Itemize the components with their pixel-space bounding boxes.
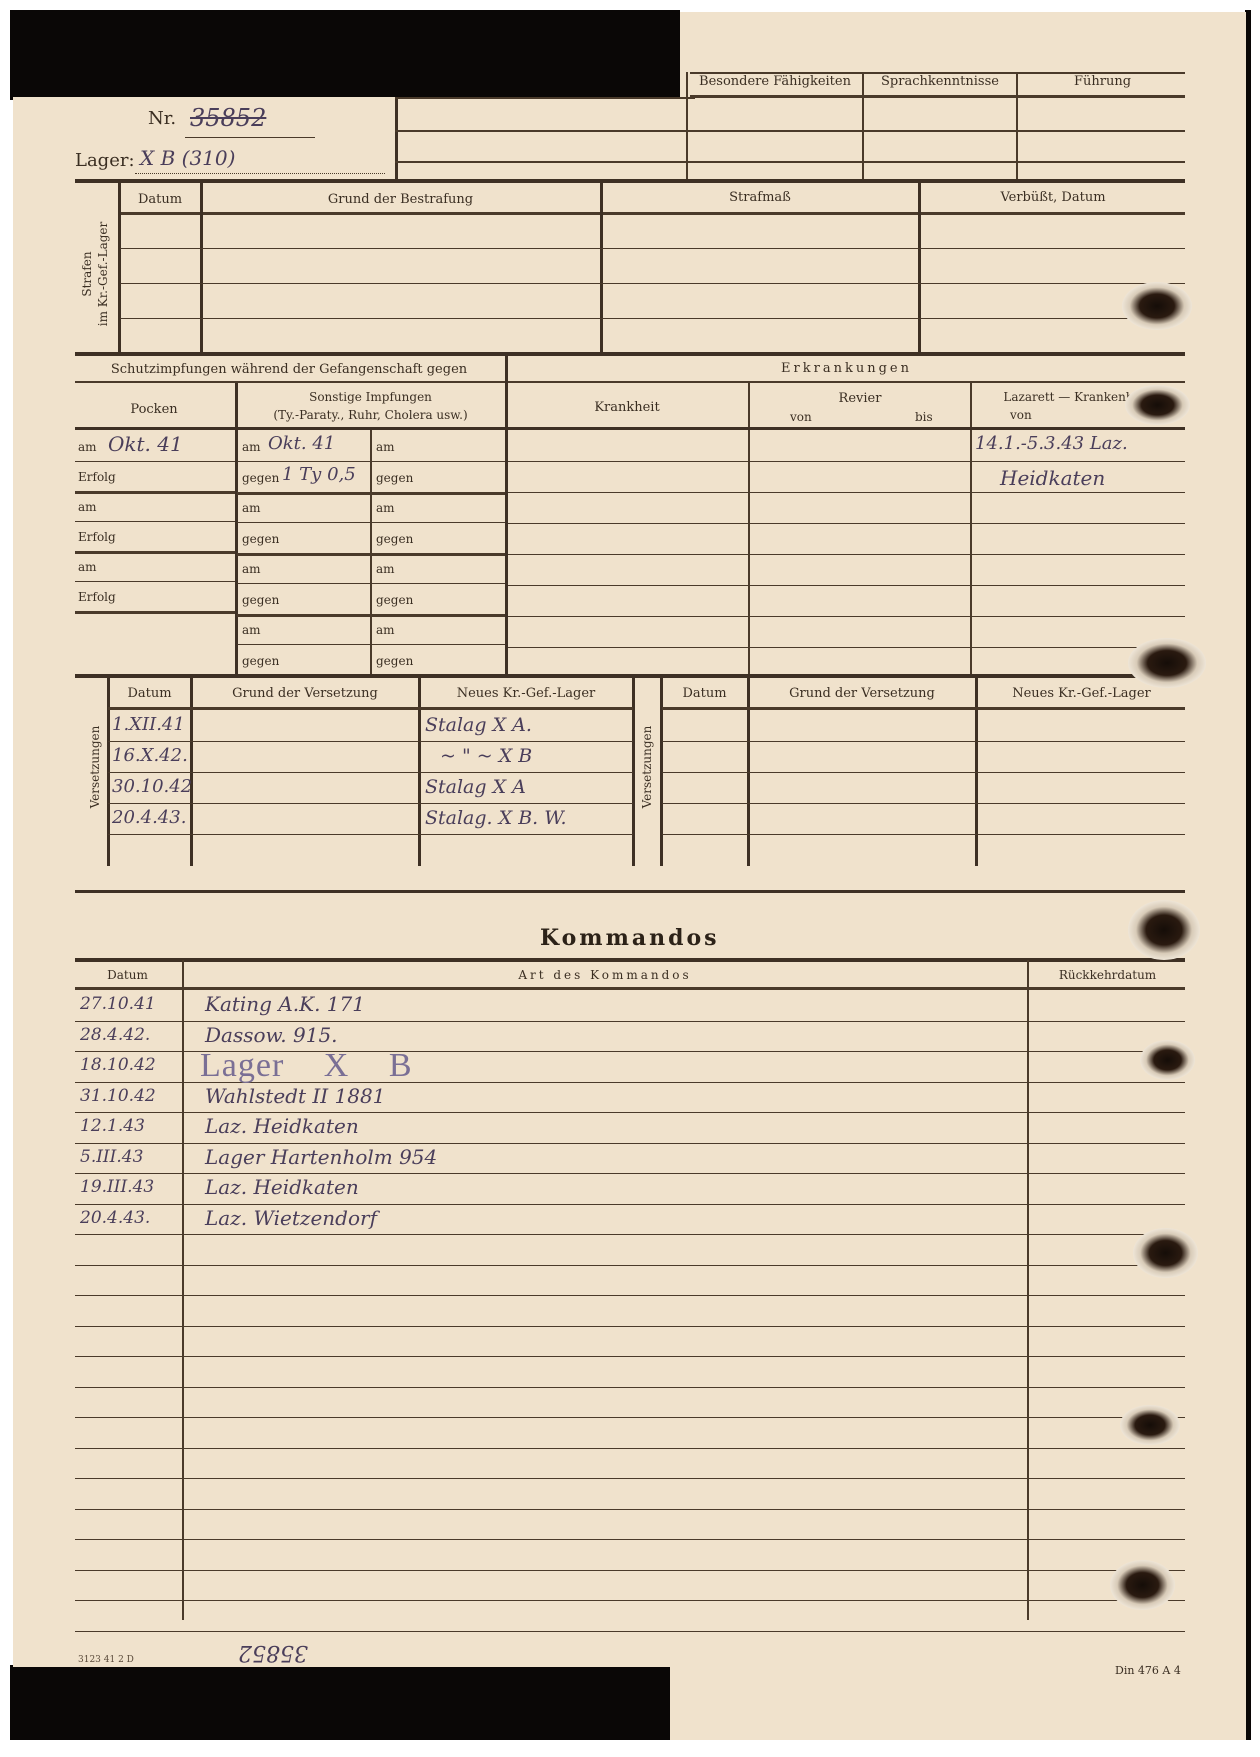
strafen-col-divider (918, 181, 921, 353)
kommandos-row-datum: 28.4.42. (80, 1025, 150, 1045)
pocken-row-label: am (78, 560, 97, 574)
din-label: Din 476 A 4 (1115, 1664, 1181, 1677)
erkr-title-rule (508, 381, 1185, 383)
versetz-col-lager: Neues Kr.-Gef.-Lager (421, 686, 631, 701)
versetz-col-grund: Grund der Versetzung (193, 686, 417, 701)
lager-value: X B (310) (140, 146, 235, 170)
versetz-col-grund-right: Grund der Versetzung (750, 686, 974, 701)
kommandos-row-stamp: Lager X B (200, 1047, 413, 1085)
kommandos-row-art: Kating A.K. 171 (205, 992, 365, 1016)
sonstige-row-line (237, 644, 505, 645)
erkr-row-line (508, 616, 1185, 617)
impf-top-rule (75, 352, 1185, 356)
sonstige-row-label-a: am (242, 440, 261, 454)
erkrankungen-title: Erkrankungen (508, 361, 1185, 376)
strafen-side-label-1: Strafen (80, 251, 94, 296)
strafen-header-rule (118, 212, 1185, 215)
kommandos-col-divider (182, 960, 184, 1620)
lager-label: Lager: (75, 150, 135, 171)
kommandos-row-line (75, 1600, 1185, 1601)
versetz-divider (107, 676, 110, 866)
strafen-row-line (120, 283, 1185, 284)
versetz-row-line (108, 741, 633, 742)
top-col-divider (686, 72, 688, 180)
card-paper-main (13, 97, 683, 1667)
col-sprachkenntnisse: Sprachkenntnisse (865, 74, 1015, 89)
kommandos-row-line (75, 1570, 1185, 1571)
sonstige-header-2: (Ty.-Paraty., Ruhr, Cholera usw.) (238, 408, 503, 422)
header-rule (395, 97, 695, 99)
pocken-row-line (75, 461, 235, 462)
strafen-col-datum: Datum (121, 192, 199, 207)
sonstige-row-line (237, 461, 505, 462)
kommandos-row-datum: 31.10.42 (80, 1086, 156, 1106)
kommandos-row-art: Dassow. 915. (205, 1023, 338, 1047)
lazarett-entry-line2: Heidkaten (1000, 466, 1105, 490)
kommandos-row-line (75, 1204, 1185, 1205)
kommandos-row-line (75, 1021, 1185, 1022)
lazarett-entry-line1: 14.1.-5.3.43 Laz. (975, 433, 1128, 454)
versetz-row-lager: Stalag X A. (425, 714, 532, 736)
top-columns-header-rule (690, 95, 1185, 98)
versetz-row-datum: 1.XII.41 (112, 714, 185, 735)
versetz-row-datum: 20.4.43. (112, 807, 186, 828)
impf-title: Schutzimpfungen während der Gefangenscha… (75, 362, 503, 377)
kommandos-row-line (75, 1509, 1185, 1510)
pocken-row-label: Erfolg (78, 530, 116, 544)
pocken-row-value: Okt. 41 (108, 432, 183, 456)
erkr-row-line (508, 492, 1185, 493)
header-divider (395, 97, 398, 179)
impf-header-rule (75, 427, 505, 430)
pocken-row-line (75, 581, 235, 582)
kommandos-header-rule (75, 987, 1185, 990)
punch-hole (1125, 385, 1190, 425)
revier-von: von (790, 410, 812, 424)
versetz-divider (747, 676, 750, 866)
strafen-row-line (120, 248, 1185, 249)
kommandos-row-datum: 5.III.43 (80, 1147, 143, 1167)
strafen-col-strafmass: Strafmaß (603, 190, 917, 205)
kommandos-row-line (75, 1234, 1185, 1235)
sonstige-row-label-a: am (242, 623, 261, 637)
header-rule (395, 161, 1185, 163)
punch-hole (1110, 1560, 1175, 1610)
erkr-row-line (508, 554, 1185, 555)
versetz-row-line (108, 803, 633, 804)
kommandos-col-divider (1027, 960, 1029, 1620)
sonstige-row-label-b: gegen (376, 471, 413, 485)
kommandos-row-line (75, 1265, 1185, 1266)
pocken-row-label: Erfolg (78, 590, 116, 604)
kommandos-row-line (75, 1448, 1185, 1449)
sonstige-row-line (237, 583, 505, 584)
revier-bis: bis (915, 410, 933, 424)
pocken-row-label: Erfolg (78, 470, 116, 484)
sonstige-row-line (237, 492, 505, 495)
versetz-row-lager: Stalag X A (425, 776, 526, 798)
top-col-divider (862, 72, 864, 180)
versetz-side-label-left: Versetzungen (88, 722, 102, 812)
versetz-divider (632, 676, 635, 866)
scan-background-bottom (10, 1665, 670, 1740)
pocken-row-line (75, 491, 235, 494)
kommandos-row-line (75, 1631, 1185, 1632)
header-rule (395, 130, 1185, 132)
kommandos-row-line (75, 1478, 1185, 1479)
lazarett-von: von (1010, 408, 1032, 422)
kommandos-row-line (75, 1417, 1185, 1418)
punch-hole (1128, 900, 1200, 960)
sonstige-row-line (237, 614, 505, 617)
strafen-side-label-2: im Kr.-Gef.-Lager (96, 222, 110, 327)
strafen-col-verbuesst: Verbüßt, Datum (921, 190, 1185, 205)
sonstige-row-value-a: Okt. 41 (268, 433, 335, 454)
kommandos-row-datum: 12.1.43 (80, 1116, 145, 1136)
strafen-row-line (120, 318, 1185, 319)
col-fuehrung: Führung (1020, 74, 1185, 89)
punch-hole (1128, 638, 1206, 688)
kommandos-row-art: Laz. Heidkaten (205, 1114, 359, 1138)
nr-label: Nr. (148, 108, 176, 129)
kommandos-row-datum: 19.III.43 (80, 1177, 154, 1197)
versetz-divider (975, 676, 978, 866)
strafen-col-divider (600, 181, 603, 353)
kommandos-row-line (75, 1539, 1185, 1540)
strafen-col-grund: Grund der Bestrafung (203, 192, 598, 207)
kommandos-row-datum: 27.10.41 (80, 994, 156, 1014)
versetz-row-line (108, 834, 633, 835)
sonstige-row-line (237, 522, 505, 523)
versetz-row-line-right (662, 834, 1185, 835)
kommandos-col-datum: Datum (75, 968, 180, 982)
nr-value: 35852 (190, 104, 266, 132)
sonstige-row-label-b: am (376, 623, 395, 637)
punch-hole (1122, 282, 1192, 330)
erkr-row-line (508, 647, 1185, 648)
versetz-header-rule (108, 707, 633, 710)
card-paper (680, 12, 1246, 1740)
sonstige-row-label-b: gegen (376, 593, 413, 607)
versetz-side-label-right: Versetzungen (640, 722, 654, 812)
strafen-side-label: Strafenim Kr.-Gef.-Lager (79, 209, 111, 339)
sonstige-row-label-b: am (376, 440, 395, 454)
kommandos-row-line (75, 1295, 1185, 1296)
sonstige-row-label-b: am (376, 501, 395, 515)
punch-hole (1120, 1405, 1180, 1445)
kommandos-col-rueckkehr: Rückkehrdatum (1030, 968, 1185, 982)
col-besondere-faehigkeiten: Besondere Fähigkeiten (690, 74, 860, 89)
kommandos-row-line (75, 1112, 1185, 1113)
pocken-row-line (75, 611, 235, 614)
lager-dotted-line (135, 173, 385, 174)
versetz-top-rule (75, 674, 1185, 678)
pocken-row-line (75, 521, 235, 522)
sonstige-row-label-a: gegen (242, 532, 279, 546)
punch-hole (1133, 1228, 1198, 1278)
kommandos-row-datum: 18.10.42 (80, 1055, 156, 1075)
kommandos-row-line (75, 1143, 1185, 1144)
versetz-row-line-right (662, 803, 1185, 804)
sonstige-row-label-a: gegen (242, 654, 279, 668)
sonstige-row-label-a: gegen (242, 593, 279, 607)
kommandos-row-line (75, 1173, 1185, 1174)
kommandos-row-datum: 20.4.43. (80, 1208, 150, 1228)
sonstige-row-label-a: am (242, 562, 261, 576)
nr-underline (185, 137, 315, 138)
versetz-divider (660, 676, 663, 866)
versetz-col-datum: Datum (110, 686, 189, 701)
sonstige-row-label-b: gegen (376, 654, 413, 668)
kommandos-row-line (75, 1387, 1185, 1388)
sonstige-header-1: Sonstige Impfungen (238, 390, 503, 404)
sonstige-row-label-b: gegen (376, 532, 413, 546)
kommandos-title: Kommandos (540, 925, 720, 951)
scan-background-top (10, 10, 680, 100)
erkr-header-rule (508, 427, 1185, 430)
kommandos-row-art: Lager Hartenholm 954 (205, 1145, 437, 1169)
print-code: 3123 41 2 D (78, 1655, 134, 1665)
kommandos-row-line (75, 1356, 1185, 1357)
kommandos-top-rule (75, 890, 1185, 893)
kommandos-header-top-rule (75, 958, 1185, 962)
sonstige-row-line (237, 553, 505, 556)
versetz-row-line-right (662, 741, 1185, 742)
pocken-row-label: am (78, 440, 97, 454)
krankheit-header: Krankheit (508, 400, 746, 415)
versetz-col-datum-right: Datum (663, 686, 746, 701)
versetz-header-rule-right (662, 707, 1185, 710)
pocken-row-label: am (78, 500, 97, 514)
punch-hole (1140, 1040, 1195, 1080)
versetz-row-lager: ~ " ~ X B (440, 745, 532, 767)
pocken-header: Pocken (75, 402, 233, 417)
versetz-divider (418, 676, 421, 866)
pocken-row-line (75, 551, 235, 554)
sonstige-row-label-b: am (376, 562, 395, 576)
kommandos-row-art: Wahlstedt II 1881 (205, 1084, 385, 1108)
erkr-row-line (508, 585, 1185, 586)
sonstige-row-label-a: gegen (242, 471, 279, 485)
versetz-row-lager: Stalag. X B. W. (425, 807, 566, 829)
strafen-top-rule (75, 179, 1185, 183)
versetz-row-line-right (662, 772, 1185, 773)
versetz-col-lager-right: Neues Kr.-Gef.-Lager (978, 686, 1185, 701)
kommandos-row-art: Laz. Wietzendorf (205, 1206, 377, 1230)
revier-header: Revier (751, 391, 969, 406)
kommandos-row-line (75, 1326, 1185, 1327)
sonstige-row-value-a: 1 Ty 0,5 (282, 464, 356, 485)
top-col-divider (1016, 72, 1018, 180)
erkr-row-line (508, 461, 1185, 462)
versetz-row-line (108, 772, 633, 773)
kommandos-col-art: Art des Kommandos (185, 968, 1025, 982)
kommandos-row-art: Laz. Heidkaten (205, 1175, 359, 1199)
sonstige-row-label-a: am (242, 501, 261, 515)
footer-handwritten-number: 35852 (238, 1640, 308, 1665)
erkr-row-line (508, 523, 1185, 524)
impf-title-rule (75, 381, 505, 383)
versetz-divider (190, 676, 193, 866)
versetz-row-datum: 30.10.42 (112, 776, 192, 797)
versetz-row-datum: 16.X.42. (112, 745, 188, 766)
